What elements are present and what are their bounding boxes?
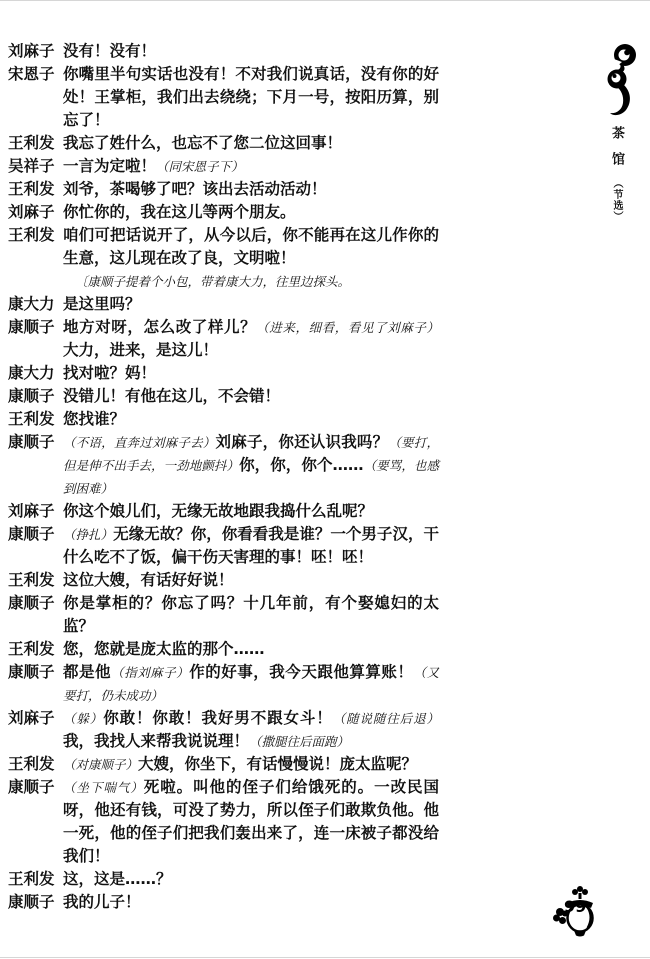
dialogue-entry: 吴祥子一言为定啦！（同宋恩子下） [8,155,439,178]
dialogue-text: 您，您就是庞太监的那个…… [63,638,439,661]
calligraphy-swirl-icon [603,42,639,120]
speaker-name: 王利发 [8,178,63,201]
stage-direction: （进来，细看，看见了刘麻子） [256,320,439,335]
spoken-text: 地方对呀，怎么改了样儿？ [63,318,256,336]
spoken-text: 咱们可把话说开了，从今以后，你不能再在这儿作你的生意，这儿现在改了良，文明啦！ [63,226,439,267]
dialogue-text: 你忙你的，我在这儿等两个朋友。 [63,201,439,224]
dialogue-entry: 刘麻子（躲）你敢！你敢！我好男不跟女斗！（随说随往后退）我，我找人来帮我说说理！… [8,707,439,753]
stage-direction: （坐下喘气） [63,780,144,795]
textbook-page: 刘麻子没有！没有！宋恩子你嘴里半句实话也没有！不对我们说真话，没有你的好处！王掌… [0,0,650,959]
dialogue-entry: 康顺子都是他（指刘麻子）作的好事，我今天跟他算算账！（又要打，仍未成功） [8,661,439,707]
dialogue-entry: 王利发您找谁？ [8,408,439,431]
speaker-name: 康顺子 [8,523,63,546]
spoken-text: 你忙你的，我在这儿等两个朋友。 [63,203,296,221]
margin-chapter-title: 茶馆（节选） [607,126,626,222]
spoken-text: 大力，进来，是这儿！ [63,341,218,359]
speaker-name: 康大力 [8,293,63,316]
dialogue-text: 我忘了姓什么，也忘不了您二位这回事！ [63,132,439,155]
chapter-subtitle-text: （节选） [611,178,622,222]
dialogue-text: 没错儿！有他在这儿，不会错！ [63,385,439,408]
speaker-name: 康顺子 [8,661,63,684]
dialogue-entry: 刘麻子没有！没有！ [8,40,439,63]
dialogue-text: 找对啦？妈！ [63,362,439,385]
spoken-text: 都是他 [63,663,111,681]
spoken-text: 没有！没有！ [63,42,156,60]
dialogue-text: 刘爷，茶喝够了吧？该出去活动活动！ [63,178,439,201]
stage-direction: （随说随往后退） [333,711,439,726]
spoken-text: 我，我找人来帮我说说理！ [63,732,249,750]
stage-direction: （同宋恩子下） [156,159,244,174]
spoken-text: 找对啦？妈！ [63,364,156,382]
dialogue-entry: 刘麻子你忙你的，我在这儿等两个朋友。 [8,201,439,224]
stage-direction: （躲） [63,711,103,726]
dialogue-text: 咱们可把话说开了，从今以后，你不能再在这儿作你的生意，这儿现在改了良，文明啦！ [63,224,439,270]
spoken-text: 大嫂，你坐下，有话慢慢说！庞太监呢？ [138,755,417,773]
dialogue-entry: 王利发咱们可把话说开了，从今以后，你不能再在这儿作你的生意，这儿现在改了良，文明… [8,224,439,270]
speaker-name: 康大力 [8,362,63,385]
speaker-name: 王利发 [8,569,63,592]
spoken-text: 一言为定啦！ [63,157,156,175]
dialogue-text: 没有！没有！ [63,40,439,63]
speaker-name: 刘麻子 [8,201,63,224]
page-bottom-rule [0,957,650,958]
spoken-text: 是这里吗？ [63,295,141,313]
dialogue-text: 您找谁？ [63,408,439,431]
spoken-text: 我忘了姓什么，也忘不了您二位这回事！ [63,134,342,152]
dialogue-entry: 康顺子（坐下喘气）死啦。叫他的侄子们给饿死的。一改民国呀，他还有钱，可没了势力，… [8,776,439,868]
dialogue-entry: 王利发您，您就是庞太监的那个…… [8,638,439,661]
dialogue-text: 是这里吗？ [63,293,439,316]
speaker-name: 康顺子 [8,431,63,454]
spoken-text: 刘爷，茶喝够了吧？该出去活动活动！ [63,180,327,198]
speaker-name: 康顺子 [8,776,63,799]
dialogue-entry: 康顺子（不语，直奔过刘麻子去）刘麻子，你还认识我吗？（要打，但是伸不出手去，一劲… [8,431,439,500]
spoken-text: 你嘴里半句实话也没有！不对我们说真话，没有你的好处！王掌柜，我们出去绕绕；下月一… [63,65,439,129]
dialogue-entry: 王利发刘爷，茶喝够了吧？该出去活动活动！ [8,178,439,201]
speaker-name: 康顺子 [8,316,63,339]
dialogue-entry: 刘麻子你这个娘儿们，无缘无故地跟我捣什么乱呢？ [8,500,439,523]
dialogue-entry: 康顺子我的儿子！ [8,891,439,914]
dialogue-text: 地方对呀，怎么改了样儿？（进来，细看，看见了刘麻子）大力，进来，是这儿！ [63,316,439,362]
dialogue-text: （不语，直奔过刘麻子去）刘麻子，你还认识我吗？（要打，但是伸不出手去，一劲地颤抖… [63,431,439,500]
dialogue-entry: 王利发这位大嫂，有话好好说！ [8,569,439,592]
stage-direction: （挣扎） [63,527,113,542]
dialogue-text: 我的儿子！ [63,891,439,914]
dialogue-text: 一言为定啦！（同宋恩子下） [63,155,439,178]
dialogue-text: 你是掌柜的？你忘了吗？十几年前，有个娶媳妇的太监？ [63,592,439,638]
dialogue-entry: 康大力找对啦？妈！ [8,362,439,385]
dialogue-entry: 康顺子地方对呀，怎么改了样儿？（进来，细看，看见了刘麻子）大力，进来，是这儿！ [8,316,439,362]
stage-direction: （不语，直奔过刘麻子去） [63,435,216,450]
speaker-name: 刘麻子 [8,40,63,63]
spoken-text: 你，你，你个…… [239,456,363,474]
stage-direction-line: 〔康顺子提着个小包，带着康大力，往里边探头。 [8,270,439,293]
dialogue-text: 这，这是……？ [63,868,439,891]
speaker-name: 王利发 [8,753,63,776]
dialogue-entry: 王利发这，这是……？ [8,868,439,891]
spoken-text: 无缘无故？你，你看看我是谁？一个男子汉，干什么吃不了饭，偏干伤天害理的事！呸！呸… [63,525,439,566]
spoken-text: 你是掌柜的？你忘了吗？十几年前，有个娶媳妇的太监？ [63,594,439,635]
dialogue-entry: 宋恩子你嘴里半句实话也没有！不对我们说真话，没有你的好处！王掌柜，我们出去绕绕；… [8,63,439,132]
speaker-name: 王利发 [8,868,63,891]
page-top-rule [0,0,650,1]
spoken-text: 你这个娘儿们，无缘无故地跟我捣什么乱呢？ [63,502,373,520]
play-script: 刘麻子没有！没有！宋恩子你嘴里半句实话也没有！不对我们说真话，没有你的好处！王掌… [8,40,439,914]
speaker-name: 康顺子 [8,592,63,615]
stage-direction: （对康顺子） [63,757,138,772]
speaker-name: 王利发 [8,224,63,247]
dialogue-text: （挣扎）无缘无故？你，你看看我是谁？一个男子汉，干什么吃不了饭，偏干伤天害理的事… [63,523,439,569]
dialogue-text: （躲）你敢！你敢！我好男不跟女斗！（随说随往后退）我，我找人来帮我说说理！（撒腿… [63,707,439,753]
speaker-name: 王利发 [8,638,63,661]
speaker-name: 王利发 [8,408,63,431]
speaker-name: 刘麻子 [8,500,63,523]
speaker-name: 宋恩子 [8,63,63,86]
speaker-name: 康顺子 [8,891,63,914]
spoken-text: 作的好事，我今天跟他算算账！ [189,663,413,681]
dialogue-entry: 王利发我忘了姓什么，也忘不了您二位这回事！ [8,132,439,155]
chapter-title-text: 茶馆 [609,126,624,178]
dialogue-text: 都是他（指刘麻子）作的好事，我今天跟他算算账！（又要打，仍未成功） [63,661,439,707]
spoken-text: 刘麻子，你还认识我吗？ [216,433,389,451]
speaker-name: 刘麻子 [8,707,63,730]
dialogue-entry: 康顺子没错儿！有他在这儿，不会错！ [8,385,439,408]
spoken-text: 您，您就是庞太监的那个…… [63,640,265,658]
dialogue-text: （对康顺子）大嫂，你坐下，有话慢慢说！庞太监呢？ [63,753,439,776]
dialogue-entry: 康大力是这里吗？ [8,293,439,316]
speaker-name: 王利发 [8,132,63,155]
dialogue-entry: 王利发（对康顺子）大嫂，你坐下，有话慢慢说！庞太监呢？ [8,753,439,776]
page-number: 99 [564,897,586,916]
dialogue-text: 你这个娘儿们，无缘无故地跟我捣什么乱呢？ [63,500,439,523]
spoken-text: 你敢！你敢！我好男不跟女斗！ [103,709,333,727]
dialogue-text: 这位大嫂，有话好好说！ [63,569,439,592]
dialogue-entry: 康顺子（挣扎）无缘无故？你，你看看我是谁？一个男子汉，干什么吃不了饭，偏干伤天害… [8,523,439,569]
dialogue-entry: 康顺子你是掌柜的？你忘了吗？十几年前，有个娶媳妇的太监？ [8,592,439,638]
spoken-text: 我的儿子！ [63,893,141,911]
speaker-name: 康顺子 [8,385,63,408]
dialogue-text: （坐下喘气）死啦。叫他的侄子们给饿死的。一改民国呀，他还有钱，可没了势力，所以侄… [63,776,439,868]
spoken-text: 这，这是……？ [63,870,172,888]
speaker-name: 吴祥子 [8,155,63,178]
stage-direction: （撒腿往后面跑） [249,734,349,749]
spoken-text: 这位大嫂，有话好好说！ [63,571,234,589]
spoken-text: 您找谁？ [63,410,125,428]
stage-direction: （指刘麻子） [111,665,189,680]
spoken-text: 没错儿！有他在这儿，不会错！ [63,387,280,405]
dialogue-text: 你嘴里半句实话也没有！不对我们说真话，没有你的好处！王掌柜，我们出去绕绕；下月一… [63,63,439,132]
